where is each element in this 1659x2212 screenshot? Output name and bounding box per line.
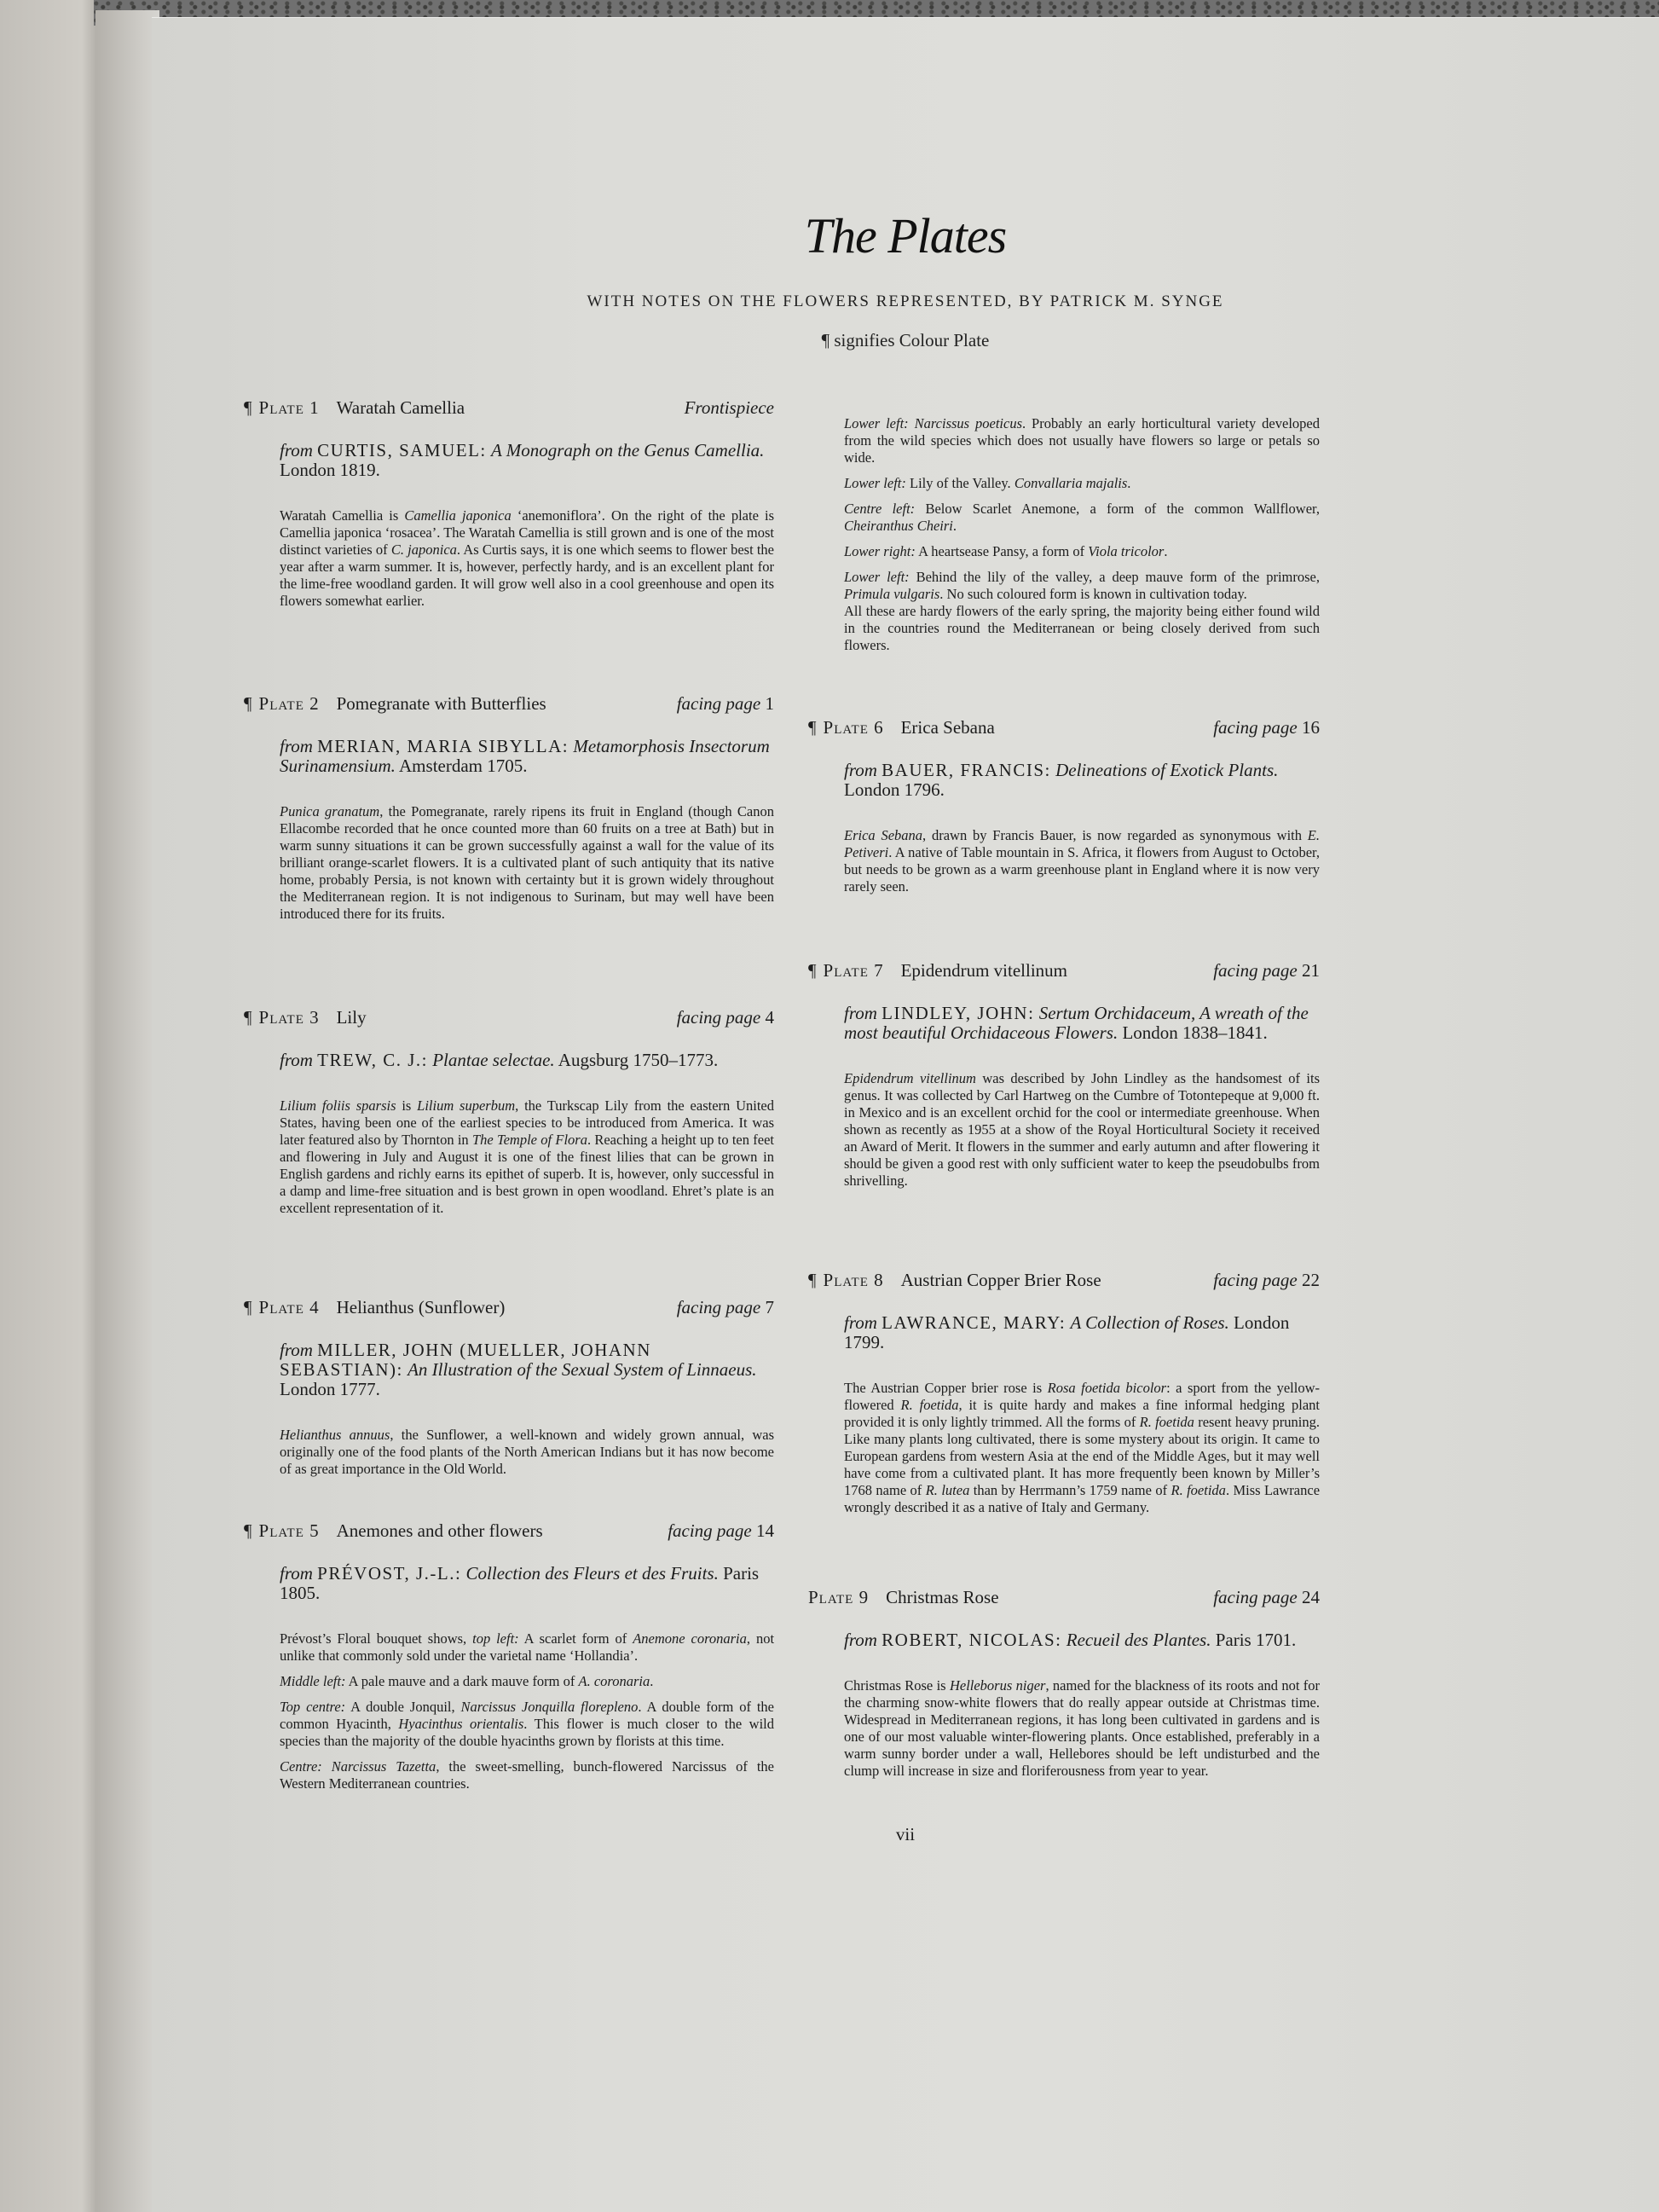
plate-entry: ¶Plate 2Pomegranate with Butterfliesfaci… [244, 693, 774, 923]
source-author: TREW, C. J.: [317, 1050, 428, 1070]
plate-source: from TREW, C. J.: Plantae selectae. Augs… [280, 1051, 774, 1070]
italic-text: Hyacinthus orientalis [398, 1716, 523, 1732]
italic-text: Erica Sebana [844, 827, 922, 843]
plate-heading: ¶Plate 3Lilyfacing page 4 [244, 1007, 774, 1028]
plate-name: Pomegranate with Butterflies [337, 693, 546, 714]
plate-5-continued-notes: Lower left: Narcissus poeticus. Probably… [844, 415, 1320, 663]
description-paragraph: Centre: Narcissus Tazetta, the sweet-sme… [280, 1758, 774, 1792]
facing-page-number: 4 [766, 1007, 775, 1028]
plate-source: from PRÉVOST, J.-L.: Collection des Fleu… [280, 1564, 774, 1603]
italic-text: Lower left: [844, 569, 910, 585]
description-paragraph: Lower right: A heartsease Pansy, a form … [844, 543, 1320, 560]
plate-name: Anemones and other flowers [337, 1520, 543, 1541]
italic-text: Anemone coronaria [633, 1630, 747, 1647]
plate-description: Punica granatum, the Pomegranate, rarely… [280, 803, 774, 923]
italic-text: Lower left: [844, 475, 906, 491]
facing-page: facing page 22 [1213, 1270, 1320, 1291]
page-title: The Plates [152, 207, 1659, 264]
description-paragraph: Punica granatum, the Pomegranate, rarely… [280, 803, 774, 923]
description-paragraph: The Austrian Copper brier rose is Rosa f… [844, 1380, 1320, 1516]
facing-page: facing page 1 [677, 693, 774, 715]
description-paragraph: Waratah Camellia is Camellia japonica ‘a… [280, 507, 774, 610]
plate-entry: ¶Plate 4Helianthus (Sunflower)facing pag… [244, 1297, 774, 1478]
facing-label: Frontispiece [685, 397, 774, 418]
italic-text: top left: [472, 1630, 519, 1647]
source-author: LAWRANCE, MARY: [882, 1312, 1066, 1333]
facing-label: facing page [1213, 960, 1298, 981]
source-from: from [280, 1050, 313, 1070]
plate-title: ¶Plate 8Austrian Copper Brier Rose [808, 1270, 1101, 1291]
plate-heading: ¶Plate 7Epidendrum vitellinumfacing page… [808, 960, 1320, 982]
facing-page: facing page 24 [1213, 1587, 1320, 1608]
facing-left-page-edge [0, 0, 102, 2212]
plate-description: Waratah Camellia is Camellia japonica ‘a… [280, 507, 774, 610]
source-author: PRÉVOST, J.-L.: [317, 1563, 461, 1584]
plate-description: Epidendrum vitellinum was described by J… [844, 1070, 1320, 1190]
facing-label: facing page [677, 1297, 761, 1317]
source-from: from [280, 1340, 313, 1360]
plate-name: Christmas Rose [886, 1587, 998, 1607]
description-paragraph: Epidendrum vitellinum was described by J… [844, 1070, 1320, 1190]
body-text: A pale mauve and a dark mauve form of [345, 1673, 578, 1689]
plate-title: ¶Plate 7Epidendrum vitellinum [808, 960, 1067, 982]
plate-description: Christmas Rose is Helleborus niger, name… [844, 1677, 1320, 1780]
source-author: LINDLEY, JOHN: [882, 1003, 1034, 1023]
plate-description: Helianthus annuus, the Sunflower, a well… [280, 1427, 774, 1478]
description-paragraph: Prévost’s Floral bouquet shows, top left… [280, 1630, 774, 1665]
italic-text: Lilium foliis sparsis [280, 1097, 396, 1114]
body-text: . [650, 1673, 653, 1689]
plate-entry: ¶Plate 5Anemones and other flowersfacing… [244, 1520, 774, 1792]
italic-text: Narcissus Jonquilla florepleno [461, 1699, 639, 1715]
pilcrow-icon: ¶ [808, 960, 817, 981]
italic-text: R. lutea [926, 1482, 970, 1498]
plate-entry: ¶Plate 1Waratah CamelliaFrontispiecefrom… [244, 397, 774, 610]
pilcrow-icon: ¶ [244, 693, 252, 714]
legend-text: signifies Colour Plate [834, 330, 989, 350]
italic-text: Lilium superbum [417, 1097, 515, 1114]
italic-text: R. foetida [1171, 1482, 1225, 1498]
italic-text: Viola tricolor [1088, 543, 1164, 559]
facing-page: facing page 7 [677, 1297, 774, 1318]
facing-page: facing page 4 [677, 1007, 774, 1028]
source-book: Collection des Fleurs et des Fruits. [466, 1563, 719, 1584]
body-text: A double Jonquil, [345, 1699, 460, 1715]
source-book: An Illustration of the Sexual System of … [408, 1359, 756, 1380]
plate-name: Helianthus (Sunflower) [337, 1297, 506, 1317]
plate-title: ¶Plate 4Helianthus (Sunflower) [244, 1297, 505, 1318]
italic-text: C. japonica [391, 541, 457, 558]
body-text: . [953, 518, 957, 534]
body-text: A heartsease Pansy, a form of [916, 543, 1088, 559]
source-place: Augsburg 1750–1773. [558, 1050, 718, 1070]
pilcrow-icon: ¶ [244, 1007, 252, 1028]
description-paragraph: All these are hardy flowers of the early… [844, 603, 1320, 654]
italic-text: A. coronaria [579, 1673, 650, 1689]
body-text: Prévost’s Floral bouquet shows, [280, 1630, 472, 1647]
plate-source: from ROBERT, NICOLAS: Recueil des Plante… [844, 1630, 1320, 1650]
plate-number: Plate 1 [259, 397, 320, 418]
italic-text: Centre: Narcissus Tazetta [280, 1758, 436, 1775]
body-text: . A native of Table mountain in S. Afric… [844, 844, 1320, 895]
body-text: is [396, 1097, 418, 1114]
body-text: . [1127, 475, 1130, 491]
plate-name: Erica Sebana [901, 717, 995, 738]
source-place: London 1838–1841. [1122, 1022, 1267, 1043]
body-text: Waratah Camellia is [280, 507, 404, 524]
plate-heading: ¶Plate 4Helianthus (Sunflower)facing pag… [244, 1297, 774, 1318]
plate-heading: ¶Plate 8Austrian Copper Brier Rosefacing… [808, 1270, 1320, 1291]
plate-name: Epidendrum vitellinum [901, 960, 1067, 981]
plate-number: Plate 5 [259, 1520, 320, 1541]
plate-number: Plate 6 [824, 717, 884, 738]
source-book: A Monograph on the Genus Camellia. [491, 440, 764, 460]
facing-page-number: 14 [756, 1520, 774, 1541]
italic-text: Centre left: [844, 501, 915, 517]
page-number: vii [152, 1824, 1659, 1845]
colour-plate-legend: ¶ signifies Colour Plate [152, 330, 1659, 351]
facing-page-number: 7 [766, 1297, 775, 1317]
plate-description: Lilium foliis sparsis is Lilium superbum… [280, 1097, 774, 1217]
source-from: from [844, 1003, 877, 1023]
plate-source: from BAUER, FRANCIS: Delineations of Exo… [844, 761, 1320, 800]
plate-title: Plate 9Christmas Rose [808, 1587, 999, 1608]
description-paragraph: Lower left: Narcissus poeticus. Probably… [844, 415, 1320, 466]
source-book: Plantae selectae. [432, 1050, 554, 1070]
source-place: London 1819. [280, 460, 380, 480]
description-paragraph: Middle left: A pale mauve and a dark mau… [280, 1673, 774, 1690]
source-from: from [280, 1563, 313, 1584]
plate-name: Austrian Copper Brier Rose [901, 1270, 1101, 1290]
description-paragraph: Erica Sebana, drawn by Francis Bauer, is… [844, 827, 1320, 895]
plate-number: Plate 3 [259, 1007, 320, 1028]
facing-page: facing page 14 [668, 1520, 774, 1542]
plate-heading: ¶Plate 1Waratah CamelliaFrontispiece [244, 397, 774, 419]
body-text: . No such coloured form is known in cult… [939, 586, 1247, 602]
facing-label: facing page [668, 1520, 752, 1541]
source-place: Amsterdam 1705. [399, 756, 527, 776]
pilcrow-icon: ¶ [244, 1297, 252, 1317]
plate-entry: ¶Plate 6Erica Sebanafacing page 16from B… [808, 717, 1320, 895]
plate-number: Plate 7 [824, 960, 884, 981]
plate-entry: ¶Plate 7Epidendrum vitellinumfacing page… [808, 960, 1320, 1190]
body-text: , the Pomegranate, rarely ripens its fru… [280, 803, 774, 922]
description-paragraph: Helianthus annuus, the Sunflower, a well… [280, 1427, 774, 1478]
plate-source: from MERIAN, MARIA SIBYLLA: Metamorphosi… [280, 737, 774, 776]
plate-title: ¶Plate 1Waratah Camellia [244, 397, 465, 419]
body-text: A scarlet form of [519, 1630, 633, 1647]
facing-page-number: 1 [766, 693, 775, 714]
plate-description: Erica Sebana, drawn by Francis Bauer, is… [844, 827, 1320, 895]
facing-page: facing page 21 [1213, 960, 1320, 982]
plate-description: The Austrian Copper brier rose is Rosa f… [844, 1380, 1320, 1516]
italic-text: Top centre: [280, 1699, 345, 1715]
pilcrow-icon: ¶ [244, 1520, 252, 1541]
plate-source: from MILLER, JOHN (MUELLER, JOHANN SEBAS… [280, 1341, 774, 1399]
plate-name: Waratah Camellia [337, 397, 465, 418]
plate-source: from CURTIS, SAMUEL: A Monograph on the … [280, 441, 774, 480]
page-subtitle: WITH NOTES ON THE FLOWERS REPRESENTED, B… [152, 292, 1659, 311]
facing-label: facing page [1213, 717, 1298, 738]
plate-title: ¶Plate 3Lily [244, 1007, 367, 1028]
facing-page-number: 16 [1302, 717, 1320, 738]
facing-page: Frontispiece [685, 397, 774, 419]
source-from: from [844, 760, 877, 780]
italic-text: Middle left: [280, 1673, 345, 1689]
book-page: The Plates WITH NOTES ON THE FLOWERS REP… [152, 17, 1659, 2212]
body-text: Below Scarlet Anemone, a form of the com… [915, 501, 1320, 517]
plate-title: ¶Plate 2Pomegranate with Butterflies [244, 693, 546, 715]
facing-page: facing page 16 [1213, 717, 1320, 738]
plate-heading: ¶Plate 5Anemones and other flowersfacing… [244, 1520, 774, 1542]
italic-text: Cheiranthus Cheiri [844, 518, 953, 534]
description-paragraph: Christmas Rose is Helleborus niger, name… [844, 1677, 1320, 1780]
italic-text: The Temple of Flora [472, 1132, 587, 1148]
source-place: London 1777. [280, 1379, 380, 1399]
plate-entry: ¶Plate 3Lilyfacing page 4from TREW, C. J… [244, 1007, 774, 1217]
italic-text: R. foetida [1140, 1414, 1194, 1430]
source-from: from [280, 736, 313, 756]
body-text: Behind the lily of the valley, a deep ma… [910, 569, 1320, 585]
book-gutter [95, 10, 159, 2212]
pilcrow-icon: ¶ [808, 1270, 817, 1290]
italic-text: Helleborus niger [950, 1677, 1046, 1694]
source-place: Paris 1701. [1216, 1630, 1297, 1650]
italic-text: Lower right: [844, 543, 916, 559]
body-text: Lily of the Valley. [906, 475, 1014, 491]
plate-heading: Plate 9Christmas Rosefacing page 24 [808, 1587, 1320, 1608]
plate-name: Lily [337, 1007, 367, 1028]
plate-number: Plate 8 [824, 1270, 884, 1290]
body-text: was described by John Lindley as the han… [844, 1070, 1320, 1189]
plate-source: from LINDLEY, JOHN: Sertum Orchidaceum, … [844, 1004, 1320, 1043]
source-book: A Collection of Roses. [1070, 1312, 1228, 1333]
description-paragraph: Lilium foliis sparsis is Lilium superbum… [280, 1097, 774, 1217]
body-text: . [1164, 543, 1167, 559]
source-author: BAUER, FRANCIS: [882, 760, 1051, 780]
plate-source: from LAWRANCE, MARY: A Collection of Ros… [844, 1313, 1320, 1352]
facing-label: facing page [677, 693, 761, 714]
description-paragraph: Lower left: Lily of the Valley. Convalla… [844, 475, 1320, 492]
body-text: All these are hardy flowers of the early… [844, 603, 1320, 653]
italic-text: Camellia japonica [404, 507, 511, 524]
facing-page-number: 21 [1302, 960, 1320, 981]
plate-title: ¶Plate 6Erica Sebana [808, 717, 995, 738]
facing-label: facing page [1213, 1270, 1298, 1290]
italic-text: Rosa foetida bicolor [1048, 1380, 1166, 1396]
source-from: from [844, 1312, 877, 1333]
source-from: from [844, 1630, 877, 1650]
plate-entry: Plate 9Christmas Rosefacing page 24from … [808, 1587, 1320, 1780]
plate-title: ¶Plate 5Anemones and other flowers [244, 1520, 543, 1542]
italic-text: Primula vulgaris [844, 586, 939, 602]
body-text: , drawn by Francis Bauer, is now regarde… [922, 827, 1308, 843]
plate-heading: ¶Plate 2Pomegranate with Butterfliesfaci… [244, 693, 774, 715]
facing-page-number: 22 [1302, 1270, 1320, 1290]
source-author: MERIAN, MARIA SIBYLLA: [317, 736, 569, 756]
facing-page-number: 24 [1302, 1587, 1320, 1607]
italic-text: Convallaria majalis [1014, 475, 1127, 491]
plate-description: Prévost’s Floral bouquet shows, top left… [280, 1630, 774, 1792]
source-author: ROBERT, NICOLAS: [882, 1630, 1061, 1650]
pilcrow-icon: ¶ [822, 330, 830, 350]
body-text: The Austrian Copper brier rose is [844, 1380, 1048, 1396]
description-paragraph: Centre left: Below Scarlet Anemone, a fo… [844, 501, 1320, 535]
source-book: Recueil des Plantes. [1066, 1630, 1211, 1650]
description-paragraph: Top centre: A double Jonquil, Narcissus … [280, 1699, 774, 1750]
source-author: CURTIS, SAMUEL: [317, 440, 487, 460]
plate-number: Plate 4 [259, 1297, 320, 1317]
description-paragraph: Lower left: Behind the lily of the valle… [844, 569, 1320, 603]
source-from: from [280, 440, 313, 460]
source-place: London 1796. [844, 779, 945, 800]
pilcrow-icon: ¶ [244, 397, 252, 418]
source-book: Delineations of Exotick Plants. [1055, 760, 1278, 780]
plate-number: Plate 2 [259, 693, 320, 714]
body-text: Christmas Rose is [844, 1677, 950, 1694]
italic-text: Punica granatum [280, 803, 379, 819]
plate-number: Plate 9 [808, 1587, 869, 1607]
pilcrow-icon: ¶ [808, 717, 817, 738]
italic-text: Lower left: Narcissus poeticus [844, 415, 1022, 431]
italic-text: R. foetida [901, 1397, 959, 1413]
italic-text: Helianthus annuus [280, 1427, 390, 1443]
plate-entry: ¶Plate 8Austrian Copper Brier Rosefacing… [808, 1270, 1320, 1516]
facing-label: facing page [677, 1007, 761, 1028]
italic-text: Epidendrum vitellinum [844, 1070, 976, 1086]
plate-heading: ¶Plate 6Erica Sebanafacing page 16 [808, 717, 1320, 738]
facing-label: facing page [1213, 1587, 1298, 1607]
body-text: than by Herrmann’s 1759 name of [969, 1482, 1171, 1498]
